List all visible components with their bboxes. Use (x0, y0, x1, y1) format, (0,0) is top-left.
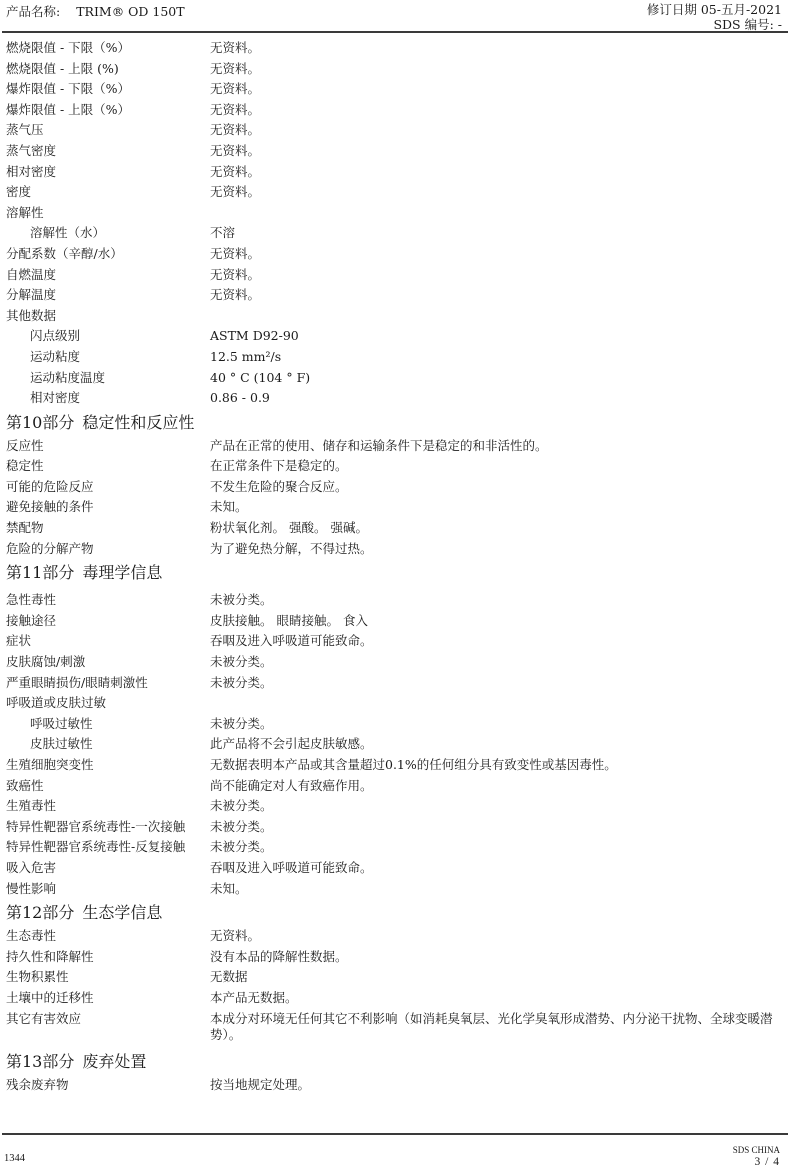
property-label: 闪点级别 (6, 326, 210, 347)
section-row: 生殖毒性未被分类。 (6, 796, 786, 817)
property-label: 燃烧限值 - 下限（%） (6, 38, 210, 59)
row-value: 未被分类。 (210, 673, 786, 694)
section-row: 危险的分解产物为了避免热分解，不得过热。 (6, 539, 786, 560)
section-row: 皮肤腐蚀/刺激未被分类。 (6, 652, 786, 673)
property-row: 相对密度无资料。 (6, 162, 786, 183)
row-value: 吞咽及进入呼吸道可能致命。 (210, 858, 786, 879)
row-value: 本产品无数据。 (210, 988, 786, 1009)
row-value: 粉状氧化剂。 强酸。 强碱。 (210, 518, 786, 539)
property-label: 蒸气密度 (6, 141, 210, 162)
row-label: 吸入危害 (6, 858, 210, 879)
section-10-stability: 第10部分稳定性和反应性 反应性产品在正常的使用、储存和运输条件下是稳定的和非活… (6, 410, 786, 560)
section-row: 避免接触的条件未知。 (6, 497, 786, 518)
row-value: 无资料。 (210, 926, 786, 947)
row-label: 症状 (6, 631, 210, 652)
section-row: 残余废弃物按当地规定处理。 (6, 1075, 786, 1096)
section-row: 稳定性在正常条件下是稳定的。 (6, 456, 786, 477)
property-row: 闪点级别ASTM D92-90 (6, 326, 786, 347)
property-value: 0.86 - 0.9 (210, 388, 786, 409)
row-label: 呼吸道或皮肤过敏 (6, 693, 210, 714)
section-row: 反应性产品在正常的使用、储存和运输条件下是稳定的和非活性的。 (6, 436, 786, 457)
section-row: 生态毒性无资料。 (6, 926, 786, 947)
row-label: 慢性影响 (6, 879, 210, 900)
property-row: 燃烧限值 - 下限（%）无资料。 (6, 38, 786, 59)
sds-number: SDS 编号: - (647, 17, 782, 32)
footer-meta: SDS CHINA 3 / 4 (733, 1144, 780, 1168)
row-value (210, 693, 786, 714)
row-label: 呼吸过敏性 (6, 714, 210, 735)
row-value: 未被分类。 (210, 652, 786, 673)
property-label: 密度 (6, 182, 210, 203)
region-label: SDS CHINA (733, 1144, 780, 1156)
row-value: 未被分类。 (210, 714, 786, 735)
section-row: 特异性靶器官系统毒性-一次接触未被分类。 (6, 817, 786, 838)
page-number: 3 / 4 (733, 1156, 780, 1168)
property-group-header: 其他数据 (6, 306, 786, 327)
property-value: 40 ° C (104 ° F) (210, 368, 786, 389)
section-heading: 第10部分稳定性和反应性 (6, 410, 786, 436)
row-label: 特异性靶器官系统毒性-一次接触 (6, 817, 210, 838)
property-label: 爆炸限值 - 上限（%） (6, 100, 210, 121)
row-label: 生态毒性 (6, 926, 210, 947)
row-label: 持久性和降解性 (6, 947, 210, 968)
section-row: 其它有害效应本成分对环境无任何其它不利影响（如消耗臭氧层、光化学臭氧形成潜势、内… (6, 1009, 786, 1045)
row-label: 其它有害效应 (6, 1009, 210, 1045)
property-row: 运动粘度温度40 ° C (104 ° F) (6, 368, 786, 389)
row-value: 未被分类。 (210, 590, 786, 611)
product-name: TRIM® OD 150T (76, 4, 184, 19)
property-value: 无资料。 (210, 100, 786, 121)
property-value: 无资料。 (210, 285, 786, 306)
row-value: 尚不能确定对人有致癌作用。 (210, 776, 786, 797)
property-label: 其他数据 (6, 306, 210, 327)
row-value: 无数据 (210, 967, 786, 988)
section-row: 呼吸过敏性未被分类。 (6, 714, 786, 735)
row-value: 无数据表明本产品或其含量超过0.1%的任何组分具有致变性或基因毒性。 (210, 755, 786, 776)
property-value: 无资料。 (210, 162, 786, 183)
revision-date: 修订日期 05-五月-2021 (647, 2, 782, 17)
section-row: 致癌性尚不能确定对人有致癌作用。 (6, 776, 786, 797)
row-label: 生殖毒性 (6, 796, 210, 817)
header-divider (2, 31, 788, 33)
section-group-header: 呼吸道或皮肤过敏 (6, 693, 786, 714)
row-label: 致癌性 (6, 776, 210, 797)
section-row: 皮肤过敏性此产品将不会引起皮肤敏感。 (6, 734, 786, 755)
section-row: 吸入危害吞咽及进入呼吸道可能致命。 (6, 858, 786, 879)
footer-divider (2, 1133, 788, 1135)
property-label: 相对密度 (6, 162, 210, 183)
header-meta: 修订日期 05-五月-2021 SDS 编号: - (647, 2, 782, 32)
row-value: 皮肤接触。 眼睛接触。 食入 (210, 611, 786, 632)
row-value: 不发生危险的聚合反应。 (210, 477, 786, 498)
section-row: 慢性影响未知。 (6, 879, 786, 900)
header-product: 产品名称: TRIM® OD 150T (6, 2, 185, 20)
property-label: 溶解性（水） (6, 223, 210, 244)
row-value: 为了避免热分解，不得过热。 (210, 539, 786, 560)
property-label: 溶解性 (6, 203, 210, 224)
physical-properties: 燃烧限值 - 下限（%）无资料。 燃烧限值 - 上限 (%)无资料。 爆炸限值 … (6, 38, 786, 409)
property-row: 溶解性（水）不溶 (6, 223, 786, 244)
row-label: 急性毒性 (6, 590, 210, 611)
row-label: 危险的分解产物 (6, 539, 210, 560)
property-row: 爆炸限值 - 上限（%）无资料。 (6, 100, 786, 121)
row-value: 此产品将不会引起皮肤敏感。 (210, 734, 786, 755)
property-value: 无资料。 (210, 79, 786, 100)
row-value: 按当地规定处理。 (210, 1075, 786, 1096)
property-value: 不溶 (210, 223, 786, 244)
row-label: 稳定性 (6, 456, 210, 477)
property-label: 分解温度 (6, 285, 210, 306)
section-title: 稳定性和反应性 (82, 413, 194, 432)
section-row: 持久性和降解性没有本品的降解性数据。 (6, 947, 786, 968)
row-label: 可能的危险反应 (6, 477, 210, 498)
row-value: 本成分对环境无任何其它不利影响（如消耗臭氧层、光化学臭氧形成潜势、内分泌干扰物、… (210, 1009, 786, 1045)
property-label: 运动粘度温度 (6, 368, 210, 389)
row-label: 接触途径 (6, 611, 210, 632)
section-row: 接触途径皮肤接触。 眼睛接触。 食入 (6, 611, 786, 632)
row-value: 未被分类。 (210, 796, 786, 817)
property-value: 无资料。 (210, 59, 786, 80)
section-number: 第10部分 (6, 413, 74, 432)
row-label: 禁配物 (6, 518, 210, 539)
section-number: 第12部分 (6, 903, 74, 922)
property-row: 蒸气密度无资料。 (6, 141, 786, 162)
property-row: 分配系数（辛醇/水）无资料。 (6, 244, 786, 265)
row-label: 土壤中的迁移性 (6, 988, 210, 1009)
row-label: 生殖细胞突变性 (6, 755, 210, 776)
section-row: 症状吞咽及进入呼吸道可能致命。 (6, 631, 786, 652)
property-value: 无资料。 (210, 182, 786, 203)
property-label: 自燃温度 (6, 265, 210, 286)
property-row: 自燃温度无资料。 (6, 265, 786, 286)
row-label: 避免接触的条件 (6, 497, 210, 518)
row-value: 吞咽及进入呼吸道可能致命。 (210, 631, 786, 652)
property-label: 分配系数（辛醇/水） (6, 244, 210, 265)
property-label: 相对密度 (6, 388, 210, 409)
section-number: 第13部分 (6, 1052, 74, 1071)
property-value: 无资料。 (210, 244, 786, 265)
document-body: 燃烧限值 - 下限（%）无资料。 燃烧限值 - 上限 (%)无资料。 爆炸限值 … (6, 38, 786, 1095)
property-value (210, 203, 786, 224)
section-13-disposal: 第13部分废弃处置 残余废弃物按当地规定处理。 (6, 1049, 786, 1096)
property-value: 无资料。 (210, 120, 786, 141)
section-number: 第11部分 (6, 563, 74, 582)
property-value: 12.5 mm²/s (210, 347, 786, 368)
row-label: 生物积累性 (6, 967, 210, 988)
section-row: 可能的危险反应不发生危险的聚合反应。 (6, 477, 786, 498)
section-title: 废弃处置 (82, 1052, 146, 1071)
section-12-ecology: 第12部分生态学信息 生态毒性无资料。 持久性和降解性没有本品的降解性数据。 生… (6, 900, 786, 1044)
section-heading: 第11部分毒理学信息 (6, 560, 786, 586)
property-row: 蒸气压无资料。 (6, 120, 786, 141)
property-value: 无资料。 (210, 265, 786, 286)
property-row: 分解温度无资料。 (6, 285, 786, 306)
section-11-toxicology: 第11部分毒理学信息 急性毒性未被分类。 接触途径皮肤接触。 眼睛接触。 食入 … (6, 560, 786, 899)
row-label: 特异性靶器官系统毒性-反复接触 (6, 837, 210, 858)
property-row: 密度无资料。 (6, 182, 786, 203)
row-value: 未知。 (210, 497, 786, 518)
section-row: 急性毒性未被分类。 (6, 590, 786, 611)
section-row: 严重眼睛损伤/眼睛刺激性未被分类。 (6, 673, 786, 694)
property-value (210, 306, 786, 327)
row-label: 严重眼睛损伤/眼睛刺激性 (6, 673, 210, 694)
property-row: 燃烧限值 - 上限 (%)无资料。 (6, 59, 786, 80)
row-value: 产品在正常的使用、储存和运输条件下是稳定的和非活性的。 (210, 436, 786, 457)
row-value: 没有本品的降解性数据。 (210, 947, 786, 968)
property-label: 蒸气压 (6, 120, 210, 141)
property-label: 燃烧限值 - 上限 (%) (6, 59, 210, 80)
property-label: 运动粘度 (6, 347, 210, 368)
row-label: 皮肤腐蚀/刺激 (6, 652, 210, 673)
property-row: 相对密度0.86 - 0.9 (6, 388, 786, 409)
section-row: 生物积累性无数据 (6, 967, 786, 988)
section-row: 生殖细胞突变性无数据表明本产品或其含量超过0.1%的任何组分具有致变性或基因毒性… (6, 755, 786, 776)
property-value: 无资料。 (210, 141, 786, 162)
section-row: 特异性靶器官系统毒性-反复接触未被分类。 (6, 837, 786, 858)
property-value: 无资料。 (210, 38, 786, 59)
row-value: 未被分类。 (210, 817, 786, 838)
row-value: 未知。 (210, 879, 786, 900)
property-group-header: 溶解性 (6, 203, 786, 224)
row-label: 反应性 (6, 436, 210, 457)
section-title: 毒理学信息 (82, 563, 162, 582)
section-title: 生态学信息 (82, 903, 162, 922)
row-value: 未被分类。 (210, 837, 786, 858)
row-label: 残余废弃物 (6, 1075, 210, 1096)
property-row: 运动粘度12.5 mm²/s (6, 347, 786, 368)
section-row: 禁配物粉状氧化剂。 强酸。 强碱。 (6, 518, 786, 539)
row-value: 在正常条件下是稳定的。 (210, 456, 786, 477)
row-label: 皮肤过敏性 (6, 734, 210, 755)
section-heading: 第12部分生态学信息 (6, 900, 786, 926)
section-heading: 第13部分废弃处置 (6, 1049, 786, 1075)
property-row: 爆炸限值 - 下限（%）无资料。 (6, 79, 786, 100)
product-name-label: 产品名称: (6, 4, 60, 19)
document-code: 1344 (4, 1153, 25, 1164)
property-value: ASTM D92-90 (210, 326, 786, 347)
section-row: 土壤中的迁移性本产品无数据。 (6, 988, 786, 1009)
property-label: 爆炸限值 - 下限（%） (6, 79, 210, 100)
